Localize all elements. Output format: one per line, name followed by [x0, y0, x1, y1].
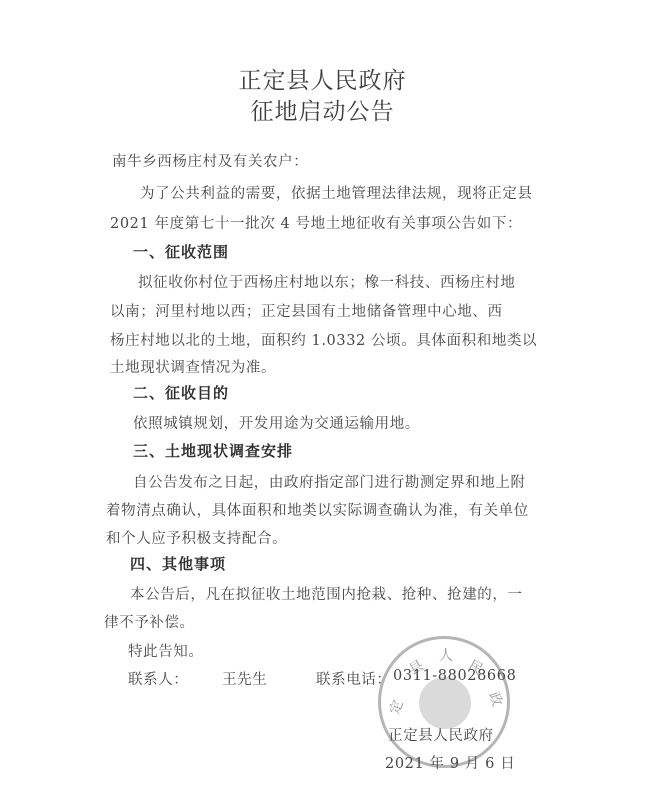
contact-label: 联系人： — [128, 668, 188, 689]
section-line: 和个人应予积极支持配合。 — [106, 527, 287, 548]
section-line: 土地现状调查情况为准。 — [110, 356, 276, 377]
intro-line: 2021 年度第七十一批次 4 号地土地征收有关事项公告如下： — [110, 212, 522, 233]
issuer: 正定县人民政府 — [388, 724, 494, 745]
section-line: 杨庄村地以北的土地，面积约 1.0332 公顷。具体面积和地类以 — [110, 329, 537, 350]
closing-text: 特此告知。 — [128, 640, 204, 661]
contact-name: 王先生 — [222, 668, 267, 689]
section-line: 依照城镇规划，开发用途为交通运输用地。 — [133, 412, 420, 433]
section-heading: 三、土地现状调查安排 — [133, 440, 293, 461]
section-heading: 四、其他事项 — [130, 553, 226, 574]
intro-line: 为了公共利益的需要，依据土地管理法律法规，现将正定县 — [140, 182, 533, 203]
national-emblem-icon — [419, 677, 471, 729]
section-line: 律不予补偿。 — [104, 611, 195, 632]
salutation: 南牛乡西杨庄村及有关农户： — [112, 150, 308, 171]
section-line: 本公告后，凡在拟征收土地范围内抢栽、抢种、抢建的，一 — [130, 583, 523, 604]
section-line: 以南；河里村地以西；正定县国有土地储备管理中心地、西 — [110, 300, 503, 321]
section-line: 拟征收你村位于西杨庄村地以东；橡一科技、西杨庄村地 — [138, 271, 516, 292]
phone-label: 联系电话： — [316, 668, 392, 689]
section-line: 自公告发布之日起，由政府指定部门进行勘测定界和地上附 — [133, 471, 526, 492]
phone-number: 0311-88028668 — [393, 668, 516, 684]
page-title: 正定县人民政府 — [0, 62, 645, 95]
announcement-page: 正定县人民政府 征地启动公告 南牛乡西杨庄村及有关农户： 为了公共利益的需要，依… — [0, 0, 645, 810]
section-heading: 二、征收目的 — [133, 382, 229, 403]
page-subtitle: 征地启动公告 — [0, 93, 645, 126]
official-seal: 县 人 民 定 政 — [378, 636, 510, 768]
issue-date: 2021 年 9 月 6 日 — [385, 752, 515, 773]
section-line: 着物清点确认，具体面积和地类以实际调查确认为准，有关单位 — [106, 499, 529, 520]
section-heading: 一、征收范围 — [133, 241, 229, 262]
